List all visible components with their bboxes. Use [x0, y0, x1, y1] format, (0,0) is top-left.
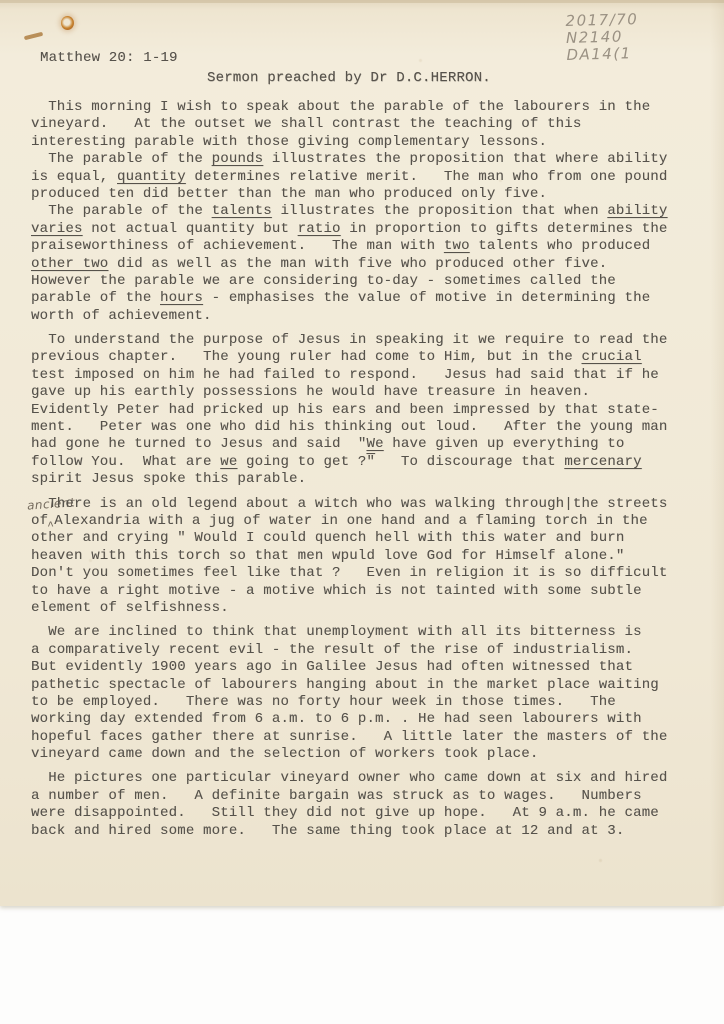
rust-staple-stain — [61, 16, 74, 30]
sermon-title: Sermon preached by Dr D.C.HERRON. — [207, 70, 491, 86]
underlined-word: hours — [160, 290, 203, 306]
text-line: test imposed on him he had failed to res… — [31, 367, 707, 384]
text-line: of^Alexandria with a jug of water in one… — [31, 513, 707, 530]
text-line: heaven with this torch so that men wpuld… — [31, 548, 707, 565]
sermon-body: This morning I wish to speak about the p… — [31, 99, 707, 847]
insertion-caret: ^ — [47, 519, 54, 536]
underlined-word: two — [444, 238, 470, 254]
text-line: worth of achievement. — [31, 308, 707, 325]
underlined-word: pounds — [212, 151, 264, 167]
underlined-word: crucial — [582, 349, 642, 365]
text-line: praiseworthiness of achievement. The man… — [31, 238, 707, 255]
underlined-word: we — [220, 454, 237, 470]
text-line: to be employed. There was no forty hour … — [31, 694, 707, 711]
text-line: to have a right motive - a motive which … — [31, 583, 707, 600]
underlined-word: ratio — [298, 221, 341, 237]
text-line: The parable of the talents illustrates t… — [31, 203, 707, 220]
text-line: hopeful faces gather there at sunrise. A… — [31, 729, 707, 746]
archive-mark: DA14(1 — [566, 45, 639, 64]
text-line: gave up his earthly possessions he would… — [31, 384, 707, 401]
text-line: working day extended from 6 a.m. to 6 p.… — [31, 711, 707, 728]
text-line: But evidently 1900 years ago in Galilee … — [31, 659, 707, 676]
text-line: other two did as well as the man with fi… — [31, 256, 707, 273]
text-line: To understand the purpose of Jesus in sp… — [31, 332, 707, 349]
text-line: Don't you sometimes feel like that ? Eve… — [31, 565, 707, 582]
overstruck-quote: " — [366, 454, 375, 470]
document-page: 2017/70N2140DA14(1 Matthew 20: 1-19 Serm… — [0, 0, 724, 906]
text-line: interesting parable with those giving co… — [31, 134, 707, 151]
paragraph-block: To understand the purpose of Jesus in sp… — [31, 332, 707, 489]
text-line: The parable of the pounds illustrates th… — [31, 151, 707, 168]
paragraph-block: There is an old legend about a witch who… — [31, 496, 707, 618]
text-line: Evidently Peter had pricked up his ears … — [31, 402, 707, 419]
underlined-word: varies — [31, 221, 83, 237]
text-line: However the parable we are considering t… — [31, 273, 707, 290]
text-line: pathetic spectacle of labourers hanging … — [31, 677, 707, 694]
text-line: We are inclined to think that unemployme… — [31, 624, 707, 641]
text-line: previous chapter. The young ruler had co… — [31, 349, 707, 366]
text-line: vineyard came down and the selection of … — [31, 746, 707, 763]
text-line: This morning I wish to speak about the p… — [31, 99, 707, 116]
paper-foxing-specks — [0, 0, 1, 1]
scripture-reference: Matthew 20: 1-19 — [40, 50, 178, 66]
text-line: were disappointed. Still they did not gi… — [31, 805, 707, 822]
archive-reference: 2017/70N2140DA14(1 — [565, 11, 639, 64]
rust-smudge-mark — [24, 32, 43, 40]
text-line: had gone he turned to Jesus and said "We… — [31, 436, 707, 453]
text-line: He pictures one particular vineyard owne… — [31, 770, 707, 787]
underlined-word: mercenary — [564, 454, 641, 470]
text-line: parable of the hours - emphasises the va… — [31, 290, 707, 307]
paragraph-block: This morning I wish to speak about the p… — [31, 99, 707, 325]
text-line: produced ten did better than the man who… — [31, 186, 707, 203]
text-line: follow You. What are we going to get ?" … — [31, 454, 707, 471]
text-line: There is an old legend about a witch who… — [31, 496, 707, 513]
text-line: ment. Peter was one who did his thinking… — [31, 419, 707, 436]
underlined-word: ability — [607, 203, 667, 219]
text-line: spirit Jesus spoke this parable. — [31, 471, 707, 488]
paragraph-block: He pictures one particular vineyard owne… — [31, 770, 707, 840]
text-line: other and crying " Would I could quench … — [31, 530, 707, 547]
text-line: back and hired some more. The same thing… — [31, 823, 707, 840]
underlined-word: other two — [31, 256, 108, 272]
paragraph-block: We are inclined to think that unemployme… — [31, 624, 707, 763]
text-line: element of selfishness. — [31, 600, 707, 617]
text-line: vineyard. At the outset we shall contras… — [31, 116, 707, 133]
text-line: a comparatively recent evil - the result… — [31, 642, 707, 659]
underlined-word: talents — [212, 203, 272, 219]
text-line: is equal, quantity determines relative m… — [31, 169, 707, 186]
scan-background: { "colors": { "paper": "#f2ebda", "ink":… — [0, 0, 724, 1024]
underlined-word: We — [366, 436, 383, 452]
underlined-word: quantity — [117, 169, 186, 185]
text-line: varies not actual quantity but ratio in … — [31, 221, 707, 238]
text-line: a number of men. A definite bargain was … — [31, 788, 707, 805]
